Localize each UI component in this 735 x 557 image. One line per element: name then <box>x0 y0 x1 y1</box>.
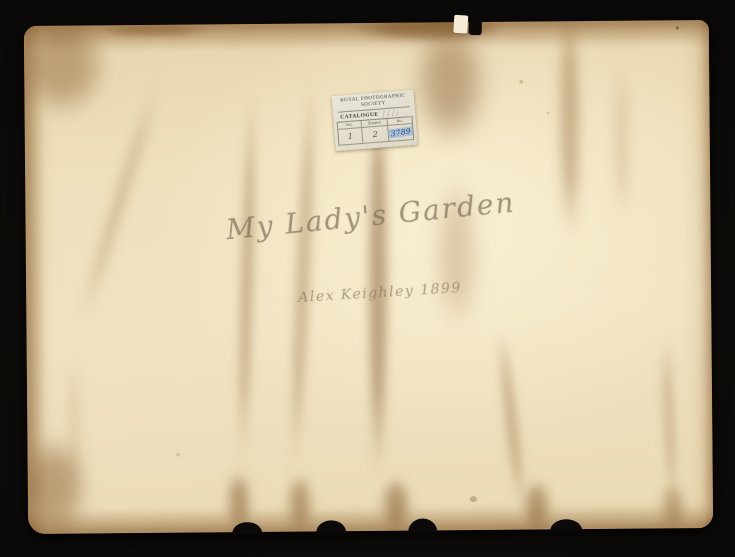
stain-top-edge <box>24 20 709 52</box>
stain-bottom-edge <box>28 504 713 534</box>
stain-corner-top-left <box>24 20 138 159</box>
stain-top-left-seg <box>79 20 229 43</box>
stain-streak-6 <box>656 310 682 530</box>
label-value-subject: 2 <box>362 126 389 144</box>
stain-blotch-upper <box>400 20 501 185</box>
stain-left-edge <box>24 26 48 534</box>
label-table: Sec. Subject No. 1 2 3789 <box>337 116 415 146</box>
stain-right-edge <box>697 20 713 528</box>
pencil-scribble <box>382 109 398 117</box>
label-value-section: 1 <box>338 128 363 146</box>
foxing-spot <box>519 80 523 84</box>
catalogue-number: 3789 <box>388 126 413 138</box>
stain-streak-1 <box>232 34 263 524</box>
stain-blotch-tail <box>429 152 485 352</box>
stain-streak-2 <box>281 20 325 534</box>
stain-streak-4 <box>554 20 587 311</box>
stain-streak-2-cap <box>284 458 317 533</box>
top-edge-notch <box>469 19 482 35</box>
stain-diagonal-left-low <box>66 326 82 526</box>
stain-diagonal-left <box>59 33 180 372</box>
stain-streak-5 <box>610 36 634 246</box>
foxing-spot <box>176 453 181 457</box>
foxing-spot <box>547 111 550 114</box>
catalogue-label: ROYAL PHOTOGRAPHIC SOCIETY CATALOGUE Sec… <box>332 90 418 151</box>
stain-streak-3-cap <box>520 466 555 531</box>
stain-top-center <box>324 20 534 51</box>
foxing-spot <box>676 26 679 29</box>
stain-streak-3 <box>490 302 532 534</box>
foxing-spot <box>470 496 477 502</box>
stain-corner-bottom-left <box>24 400 112 534</box>
label-value-number: 3789 <box>388 124 413 142</box>
paper-tab <box>453 15 468 34</box>
photograph-backdrop: My Lady's Garden Alex Keighley 1899 ROYA… <box>0 0 735 557</box>
photograph-verso-card: My Lady's Garden Alex Keighley 1899 ROYA… <box>24 20 713 534</box>
stain-trunk-cap <box>378 463 415 533</box>
stain-streak-6-cap <box>658 470 689 530</box>
